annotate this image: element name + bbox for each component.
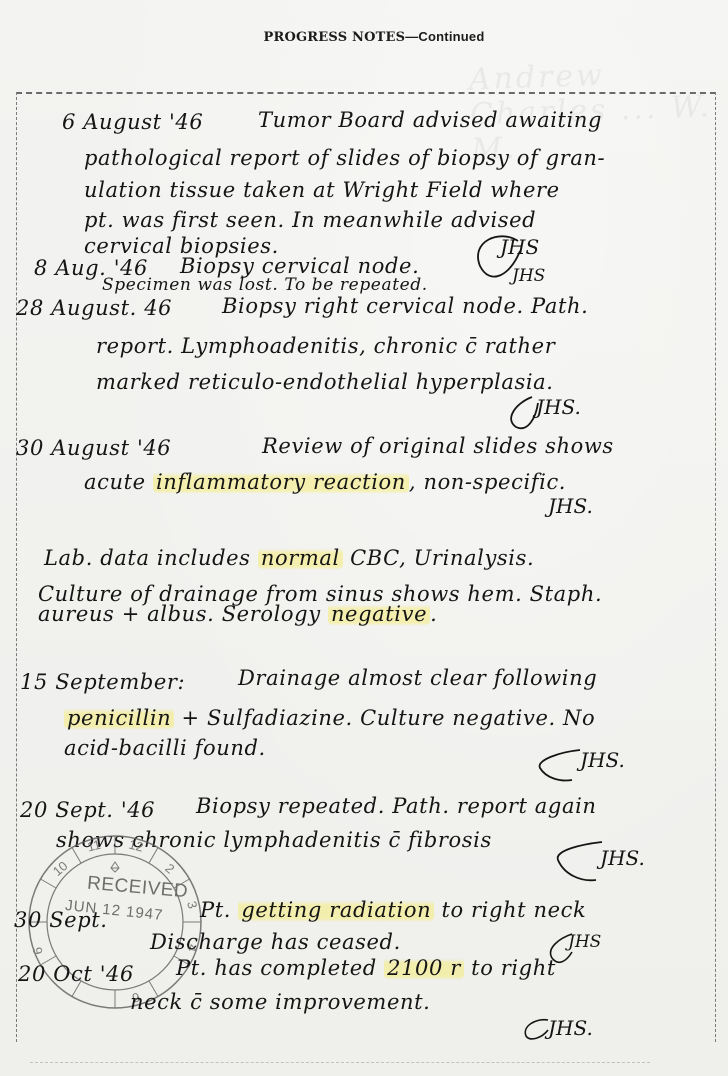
highlight: negative — [328, 602, 430, 626]
bottom-divider — [30, 1062, 650, 1063]
entry-line: Biopsy right cervical node. Path. — [222, 296, 588, 317]
entry-date: 28 August. 46 — [16, 298, 172, 319]
entry-line: marked reticulo-endothelial hyperplasia. — [96, 372, 554, 393]
highlight: penicillin — [64, 706, 174, 730]
entry-line: Biopsy cervical node. — [180, 256, 419, 277]
entry-date: 30 August '46 — [16, 438, 171, 459]
entry-date: 6 August '46 — [62, 112, 203, 133]
signature-loop-icon — [502, 395, 552, 435]
entry-line: aureus + albus. Serology negative. — [38, 598, 437, 625]
svg-text:12: 12 — [127, 837, 145, 855]
entry-line: Tumor Board advised awaiting — [258, 110, 602, 131]
signature: JHS. — [548, 1016, 593, 1040]
highlight: 2100 r — [384, 956, 464, 980]
signature-loop-icon — [530, 746, 590, 786]
signature: JHS — [568, 932, 601, 952]
entry-line: Biopsy repeated. Path. report again — [196, 796, 597, 817]
entry-line: report. Lymphoadenitis, chronic c̄ rathe… — [96, 336, 555, 357]
entry-date: 15 September: — [20, 672, 185, 693]
entry-date: 30 Sept. — [14, 910, 108, 931]
entry-date: 20 Sept. '46 — [20, 800, 155, 821]
highlight: inflammatory reaction — [153, 470, 409, 494]
entry-line: Review of original slides shows — [262, 436, 614, 457]
entry-line: Lab. data includes normal CBC, Urinalysi… — [44, 548, 534, 569]
signature: JHS — [500, 235, 539, 259]
page-title-suffix: —Continued — [405, 29, 484, 44]
page-title-main: PROGRESS NOTES — [264, 30, 406, 45]
svg-text:6: 6 — [30, 946, 46, 956]
entry-line: acute inflammatory reaction, non-specifi… — [84, 472, 566, 493]
entry-line: acid-bacilli found. — [64, 738, 266, 759]
entry-date: 20 Oct '46 — [18, 964, 134, 985]
signature: JHS. — [548, 494, 593, 518]
svg-text:10: 10 — [50, 858, 71, 879]
entry-line: penicillin + Sulfadiazine. Culture negat… — [64, 708, 595, 729]
svg-text:2: 2 — [162, 860, 177, 876]
entry-line: Drainage almost clear following — [238, 668, 597, 689]
entry-line: pt. was first seen. In meanwhile advised — [84, 210, 536, 231]
entry-line: pathological report of slides of biopsy … — [84, 148, 605, 169]
signature: JHS. — [580, 748, 625, 772]
signature: JHS — [512, 266, 545, 286]
highlight: normal — [258, 546, 343, 570]
entry-line: Pt. getting radiation to right neck — [200, 900, 586, 921]
svg-text:11: 11 — [86, 837, 103, 855]
signature: JHS. — [600, 846, 645, 870]
entry-line: Specimen was lost. To be repeated. — [102, 277, 428, 294]
signature: JHS. — [536, 395, 581, 419]
signature-loop-icon — [518, 1016, 558, 1046]
signature-loop-icon — [550, 838, 610, 888]
entry-line: Pt. has completed 2100 r to right — [176, 958, 556, 979]
highlight: getting radiation — [238, 898, 434, 922]
entry-line: ulation tissue taken at Wright Field whe… — [84, 180, 560, 201]
entry-line: neck c̄ some improvement. — [130, 992, 430, 1013]
page-title: PROGRESS NOTES—Continued — [0, 29, 728, 45]
entry-line: Discharge has ceased. — [150, 932, 401, 953]
